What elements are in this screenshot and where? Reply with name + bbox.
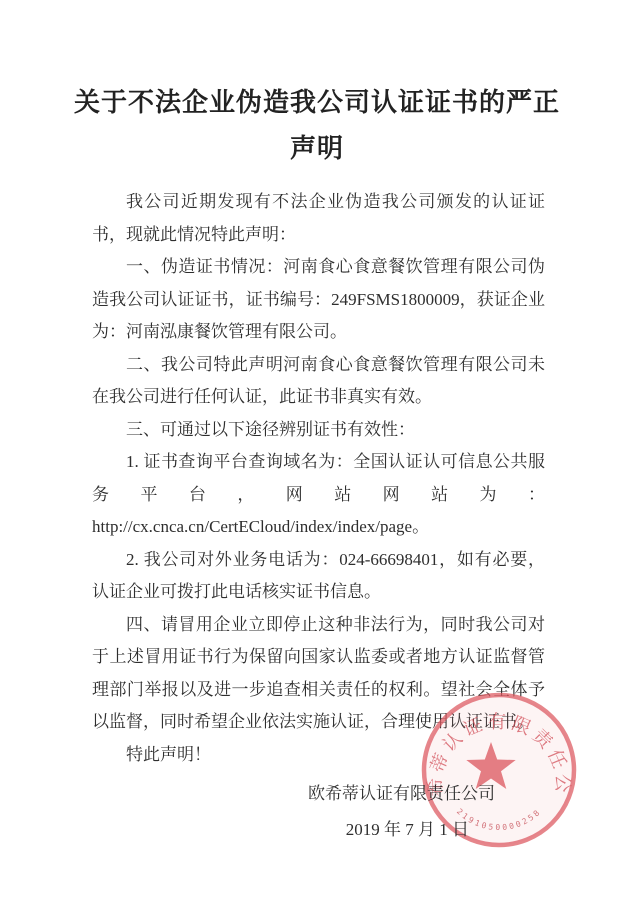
signature-block: 欧希蒂认证有限责任公司 2019 年 7 月 1 日 xyxy=(92,777,545,850)
signature-date: 2019 年 7 月 1 日 xyxy=(92,810,545,850)
document-title: 关于不法企业伪造我公司认证证书的严正 声明 xyxy=(68,80,566,172)
paragraph: 2. 我公司对外业务电话为：024-66698401，如有必要，认证企业可拨打此… xyxy=(92,544,545,609)
document-title-line1: 关于不法企业伪造我公司认证证书的严正 xyxy=(68,80,566,126)
paragraph: 1. 证书查询平台查询域名为：全国认证认可信息公共服务平台，网站网站为：http… xyxy=(92,446,545,544)
document-page: 关于不法企业伪造我公司认证证书的严正 声明 我公司近期发现有不法企业伪造我公司颁… xyxy=(0,0,634,900)
signature-company: 欧希蒂认证有限责任公司 xyxy=(92,777,545,810)
document-title-line2: 声明 xyxy=(68,126,566,172)
paragraph: 一、伪造证书情况：河南食心食意餐饮管理有限公司伪造我公司认证证书，证书编号：24… xyxy=(92,251,545,349)
paragraph: 我公司近期发现有不法企业伪造我公司颁发的认证证书，现就此情况特此声明： xyxy=(92,186,545,251)
paragraph: 三、可通过以下途径辨别证书有效性： xyxy=(92,414,545,447)
paragraph: 二、我公司特此声明河南食心食意餐饮管理有限公司未在我公司进行任何认证，此证书非真… xyxy=(92,349,545,414)
